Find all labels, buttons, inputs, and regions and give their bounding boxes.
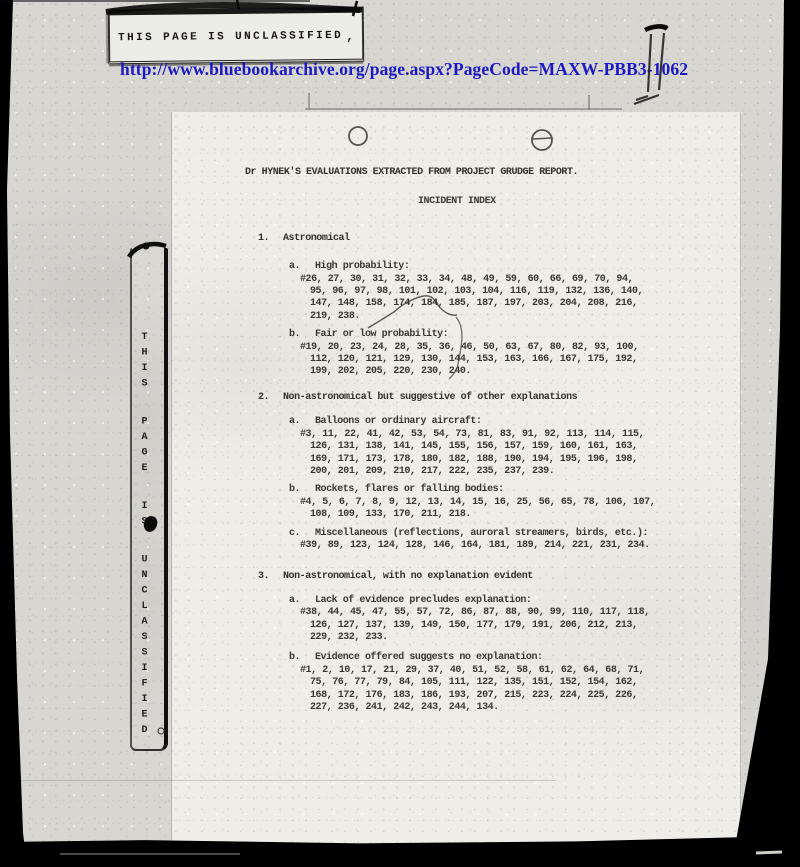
side-tab-text: THIS PAGE IS UNCLASSIFIED xyxy=(139,332,150,732)
incident-numbers-line: #26, 27, 30, 31, 32, 33, 34, 48, 49, 59,… xyxy=(300,274,740,286)
item-1b-heading: b.Fair or low probability: xyxy=(289,329,740,341)
item-letter: c. xyxy=(289,528,315,540)
item-letter: b. xyxy=(289,652,315,664)
frame-streak xyxy=(60,853,240,855)
unclassified-stamp: THIS PAGE IS UNCLASSIFIED, xyxy=(108,7,365,65)
incident-numbers-line: #39, 89, 123, 124, 128, 146, 164, 181, 1… xyxy=(300,540,740,552)
document-page: Dr HYNEK'S EVALUATIONS EXTRACTED FROM PR… xyxy=(172,112,741,845)
incident-numbers-line: 229, 232, 233. xyxy=(310,632,740,644)
frame-dash xyxy=(756,851,782,855)
incident-numbers-line: #4, 5, 6, 7, 8, 9, 12, 13, 14, 15, 16, 2… xyxy=(300,497,740,509)
document-body: Dr HYNEK'S EVALUATIONS EXTRACTED FROM PR… xyxy=(172,112,740,714)
incident-numbers-line: 126, 131, 138, 141, 145, 155, 156, 157, … xyxy=(310,441,740,453)
item-label: Miscellaneous (reflections, auroral stre… xyxy=(315,528,648,539)
section-title: Non-astronomical but suggestive of other… xyxy=(283,392,577,403)
section-heading-3: 3.Non-astronomical, with no explanation … xyxy=(258,571,740,583)
incident-numbers-line: 168, 172, 176, 183, 186, 193, 207, 215, … xyxy=(310,690,740,702)
item-3a-heading: a.Lack of evidence precludes explanation… xyxy=(289,595,740,607)
incident-numbers-line: 200, 201, 209, 210, 217, 222, 235, 237, … xyxy=(310,466,740,478)
section-title: Astronomical xyxy=(283,233,350,244)
item-1a-heading: a.High probability: xyxy=(289,261,740,273)
section-number: 3. xyxy=(258,571,283,583)
incident-numbers-line: 219, 238. xyxy=(310,311,740,323)
item-2c-heading: c.Miscellaneous (reflections, auroral st… xyxy=(289,528,740,540)
incident-numbers-line: 95, 96, 97, 98, 101, 102, 103, 104, 116,… xyxy=(310,286,740,298)
item-letter: a. xyxy=(289,261,315,273)
incident-numbers-line: 199, 202, 205, 220, 230, 240. xyxy=(310,366,740,378)
incident-numbers-line: #19, 20, 23, 24, 28, 35, 36, 46, 50, 63,… xyxy=(300,342,740,354)
item-label: Balloons or ordinary aircraft: xyxy=(315,416,482,427)
incident-numbers-line: #1, 2, 10, 17, 21, 29, 37, 40, 51, 52, 5… xyxy=(300,665,740,677)
item-2a-heading: a.Balloons or ordinary aircraft: xyxy=(289,416,740,428)
stamp-stray-mark: , xyxy=(346,28,354,43)
incident-numbers-line: #38, 44, 45, 47, 55, 57, 72, 86, 87, 88,… xyxy=(300,607,740,619)
item-label: Evidence offered suggests no explanation… xyxy=(315,652,543,663)
item-label: Lack of evidence precludes explanation: xyxy=(315,595,532,606)
scanned-archive-page: { "banner": { "stamp_text": "THIS PAGE I… xyxy=(0,0,800,867)
item-letter: b. xyxy=(289,329,315,341)
unclassified-stamp-text: THIS PAGE IS UNCLASSIFIED xyxy=(118,30,343,44)
incident-numbers-line: 126, 127, 137, 139, 149, 150, 177, 179, … xyxy=(310,620,740,632)
document-title: Dr HYNEK'S EVALUATIONS EXTRACTED FROM PR… xyxy=(245,167,740,179)
item-letter: b. xyxy=(289,484,315,496)
item-letter: a. xyxy=(289,416,315,428)
side-tab-unclassified: THIS PAGE IS UNCLASSIFIED xyxy=(130,248,168,751)
incident-numbers-line: 112, 120, 121, 129, 130, 144, 153, 163, … xyxy=(310,354,740,366)
item-label: Fair or low probability: xyxy=(315,329,448,340)
section-title: Non-astronomical, with no explanation ev… xyxy=(283,571,533,582)
item-letter: a. xyxy=(289,595,315,607)
incident-numbers-line: 169, 171, 173, 178, 180, 182, 188, 190, … xyxy=(310,454,740,466)
item-label: High probability: xyxy=(315,261,409,272)
incident-numbers-line: #3, 11, 22, 41, 42, 53, 54, 73, 81, 83, … xyxy=(300,429,740,441)
incident-numbers-line: 75, 76, 77, 79, 84, 105, 111, 122, 135, … xyxy=(310,677,740,689)
item-2b-heading: b.Rockets, flares or falling bodies: xyxy=(289,484,740,496)
section-number: 1. xyxy=(258,233,283,245)
section-heading-2: 2.Non-astronomical but suggestive of oth… xyxy=(258,392,740,404)
incident-numbers-line: 108, 109, 133, 170, 211, 218. xyxy=(310,509,740,521)
archive-url-link[interactable]: http://www.bluebookarchive.org/page.aspx… xyxy=(120,59,688,80)
frame-top-line xyxy=(0,0,310,2)
section-heading-1: 1.Astronomical xyxy=(258,233,740,245)
document-subtitle: INCIDENT INDEX xyxy=(418,196,740,208)
section-number: 2. xyxy=(258,392,283,404)
item-label: Rockets, flares or falling bodies: xyxy=(315,484,504,495)
incident-numbers-line: 147, 148, 158, 174, 184, 185, 187, 197, … xyxy=(310,298,740,310)
incident-numbers-line: 227, 236, 241, 242, 243, 244, 134. xyxy=(310,702,740,714)
scan-crease xyxy=(16,780,556,781)
item-3b-heading: b.Evidence offered suggests no explanati… xyxy=(289,652,740,664)
